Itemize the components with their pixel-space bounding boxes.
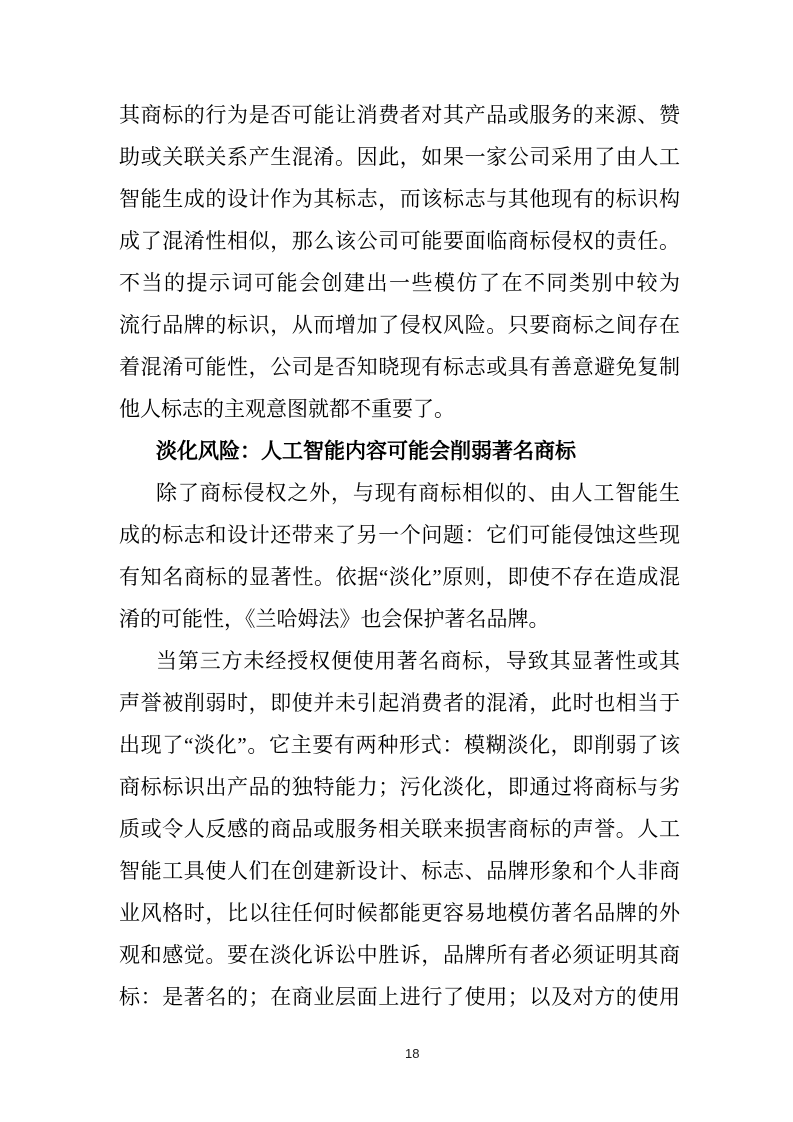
text-line: 他人标志的主观意图就都不重要了。 bbox=[119, 388, 680, 430]
text-line: 声誉被削弱时，即使并未引起消费者的混淆，此时也相当于 bbox=[119, 682, 680, 724]
text-line: 其商标的行为是否可能让消费者对其产品或服务的来源、赞 bbox=[119, 94, 680, 136]
text-line: 智能生成的设计作为其标志，而该标志与其他现有的标识构 bbox=[119, 178, 680, 220]
text-line: 除了商标侵权之外，与现有商标相似的、由人工智能生 bbox=[119, 472, 680, 514]
document-page: 其商标的行为是否可能让消费者对其产品或服务的来源、赞助或关联关系产生混淆。因此，… bbox=[0, 0, 793, 1122]
text-line: 不当的提示词可能会创建出一些模仿了在不同类别中较为 bbox=[119, 262, 680, 304]
section-heading: 淡化风险：人工智能内容可能会削弱著名商标 bbox=[119, 430, 680, 472]
text-line: 当第三方未经授权便使用著名商标，导致其显著性或其 bbox=[119, 640, 680, 682]
text-line: 着混淆可能性，公司是否知晓现有标志或具有善意避免复制 bbox=[119, 346, 680, 388]
text-line: 流行品牌的标识，从而增加了侵权风险。只要商标之间存在 bbox=[119, 304, 680, 346]
text-line: 标：是著名的；在商业层面上进行了使用；以及对方的使用 bbox=[119, 976, 680, 1018]
text-line: 淆的可能性，《兰哈姆法》也会保护著名品牌。 bbox=[119, 598, 680, 640]
text-line: 智能工具使人们在创建新设计、标志、品牌形象和个人非商 bbox=[119, 850, 680, 892]
text-line: 成了混淆性相似，那么该公司可能要面临商标侵权的责任。 bbox=[119, 220, 680, 262]
text-line: 商标标识出产品的独特能力；污化淡化，即通过将商标与劣 bbox=[119, 766, 680, 808]
text-line: 业风格时，比以往任何时候都能更容易地模仿著名品牌的外 bbox=[119, 892, 680, 934]
text-line: 助或关联关系产生混淆。因此，如果一家公司采用了由人工 bbox=[119, 136, 680, 178]
text-line: 质或令人反感的商品或服务相关联来损害商标的声誉。人工 bbox=[119, 808, 680, 850]
text-line: 观和感觉。要在淡化诉讼中胜诉，品牌所有者必须证明其商 bbox=[119, 934, 680, 976]
page-footer: 18 bbox=[0, 1046, 793, 1066]
text-line: 成的标志和设计还带来了另一个问题：它们可能侵蚀这些现 bbox=[119, 514, 680, 556]
text-line: 有知名商标的显著性。依据“淡化”原则，即使不存在造成混 bbox=[119, 556, 680, 598]
document-lines: 其商标的行为是否可能让消费者对其产品或服务的来源、赞助或关联关系产生混淆。因此，… bbox=[119, 94, 680, 1018]
page-number: 18 bbox=[405, 1046, 419, 1061]
text-line: 出现了“淡化”。它主要有两种形式：模糊淡化，即削弱了该 bbox=[119, 724, 680, 766]
